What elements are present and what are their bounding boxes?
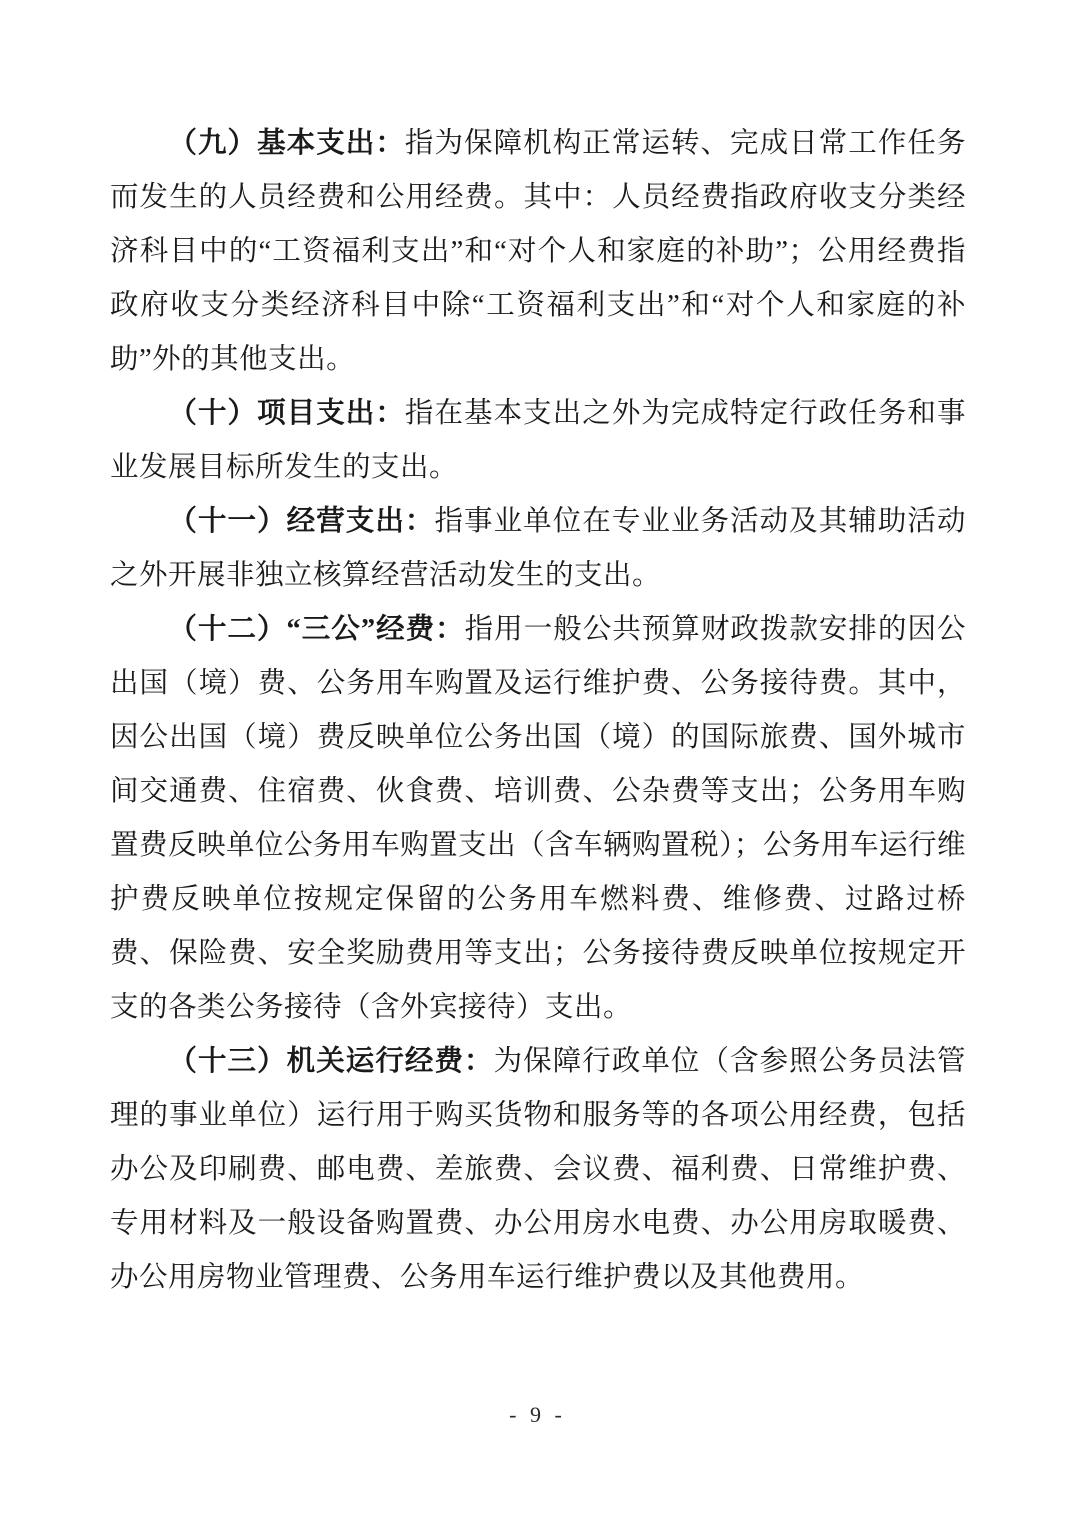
paragraph-basic-expenditure: （九）基本支出：指为保障机构正常运转、完成日常工作任务而发生的人员经费和公用经费… xyxy=(110,117,966,387)
term-label: （十）项目支出： xyxy=(168,398,404,429)
term-label: （十三）机关运行经费： xyxy=(168,1046,493,1077)
term-label: （十一）经营支出： xyxy=(168,506,434,537)
paragraph-project-expenditure: （十）项目支出：指在基本支出之外为完成特定行政任务和事业发展目标所发生的支出。 xyxy=(110,387,966,495)
term-definition: 指为保障机构正常运转、完成日常工作任务而发生的人员经费和公用经费。其中：人员经费… xyxy=(110,128,966,375)
document-page: （九）基本支出：指为保障机构正常运转、完成日常工作任务而发生的人员经费和公用经费… xyxy=(0,0,1075,1520)
paragraph-agency-operating-costs: （十三）机关运行经费：为保障行政单位（含参照公务员法管理的事业单位）运行用于购买… xyxy=(110,1035,966,1305)
term-definition: 指用一般公共预算财政拨款安排的因公出国（境）费、公务用车购置及运行维护费、公务接… xyxy=(110,614,966,1023)
term-definition: 为保障行政单位（含参照公务员法管理的事业单位）运行用于购买货物和服务等的各项公用… xyxy=(110,1046,966,1293)
paragraph-operating-expenditure: （十一）经营支出：指事业单位在专业业务活动及其辅助活动之外开展非独立核算经营活动… xyxy=(110,495,966,603)
term-label: （九）基本支出： xyxy=(168,128,404,159)
page-number: - 9 - xyxy=(0,1402,1075,1428)
paragraph-three-public-funds: （十二）“三公”经费：指用一般公共预算财政拨款安排的因公出国（境）费、公务用车购… xyxy=(110,603,966,1035)
document-body: （九）基本支出：指为保障机构正常运转、完成日常工作任务而发生的人员经费和公用经费… xyxy=(110,117,966,1305)
term-label: （十二）“三公”经费： xyxy=(168,614,464,645)
